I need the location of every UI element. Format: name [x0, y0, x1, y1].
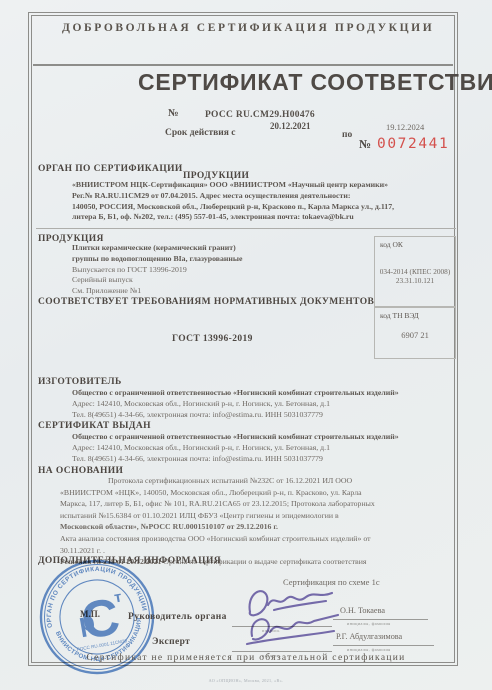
certification-body-line: 140050, РОССИЯ, Московской обл., Люберец… — [72, 202, 394, 213]
header-band-divider — [33, 64, 453, 66]
product-name-line: Плитки керамические (керамический гранит… — [72, 243, 242, 254]
stamp-letter-t: т — [113, 589, 123, 607]
blank-form-number: 0072441 — [377, 136, 449, 152]
section-heading-manufacturer: ИЗГОТОВИТЕЛЬ — [38, 377, 122, 387]
certificate-number-label: № — [168, 108, 179, 119]
certificate-title: СЕРТИФИКАТ СООТВЕТСТВИЯ — [138, 69, 492, 96]
certificate-number: РОСС RU.СМ29.Н00476 — [205, 110, 315, 120]
certification-body-details: «ВНИИСТРОМ НЦК-Сертификация» ООО «ВНИИСТ… — [72, 180, 394, 223]
ok-code-box: код ОК 034-2014 (КПЕС 2008) 23.31.10.121 — [374, 236, 456, 307]
basis-line: Протокола сертификационных испытаний №23… — [60, 475, 375, 487]
issued-to-line: Адрес: 142410, Московская обл., Ногински… — [72, 443, 399, 454]
manufacturer-line: Тел. 8(49651) 4-34-66, электронная почта… — [72, 410, 399, 421]
footer-note: Сертификат не применяется при обязательн… — [0, 653, 492, 663]
certification-body-line: литера Б, Б1, оф. №202, тел.: (495) 557-… — [72, 212, 394, 223]
expert-label: Эксперт — [152, 637, 190, 647]
tnved-code-label: код ТН ВЭД — [375, 308, 455, 320]
basis-line: Московской области», №РОСС RU.0001510107… — [60, 521, 375, 533]
product-detail-line: Выпускается по ГОСТ 13996-2019 — [72, 265, 242, 276]
valid-to-label: по — [342, 130, 352, 140]
expert-name: Р.Г. Абдулгазимова — [336, 632, 402, 641]
expert-signature-line — [232, 651, 332, 652]
issued-to-line: Тел. 8(49651) 4-34-66, электронная почта… — [72, 454, 399, 465]
section-heading-issued-to: СЕРТИФИКАТ ВЫДАН — [38, 421, 151, 431]
manufacturer-details: Общество с ограниченной ответственностью… — [72, 388, 399, 420]
ok-code-value: 034-2014 (КПЕС 2008) — [375, 267, 455, 276]
basis-line: Маркса, 117, литер Б, Б1, офис № 101, RA… — [60, 498, 375, 510]
section-heading-conformity: СООТВЕТСТВУЕТ ТРЕБОВАНИЯМ НОРМАТИВНЫХ ДО… — [38, 297, 374, 307]
section-heading-certification-body: ОРГАН ПО СЕРТИФИКАЦИИ — [38, 164, 183, 174]
basis-line: «ВНИИСТРОМ «НЦК», 140050, Московская обл… — [60, 487, 375, 499]
certification-type-banner: ДОБРОВОЛЬНАЯ СЕРТИФИКАЦИЯ ПРОДУКЦИИ — [62, 22, 434, 34]
expert-name-caption: инициалы, фамилия — [347, 647, 391, 652]
certification-body-line: Рег.№ RA.RU.11СМ29 от 07.04.2015. Адрес … — [72, 191, 394, 202]
horizontal-divider — [36, 228, 456, 229]
head-of-body-label: Руководитель органа — [128, 612, 227, 622]
issued-to-details: Общество с ограниченной ответственностью… — [72, 432, 399, 464]
head-name-caption: инициалы, фамилия — [347, 621, 391, 626]
validity-label: Срок действия с — [165, 128, 235, 138]
print-house-mark: АО «ОПЦИОН», Москва, 2021, «В». — [0, 678, 492, 683]
blank-number-label: № — [359, 137, 371, 152]
ok-code-label: код ОК — [375, 237, 455, 249]
product-details: Плитки керамические (керамический гранит… — [72, 243, 242, 297]
manufacturer-line: Адрес: 142410, Московская обл., Ногински… — [72, 399, 399, 410]
certification-body-line: «ВНИИСТРОМ НЦК-Сертификация» ООО «ВНИИСТ… — [72, 180, 394, 191]
product-detail-line: См. Приложение №1 — [72, 286, 242, 297]
ok-code-value: 23.31.10.121 — [375, 276, 455, 285]
valid-to-date: 19.12.2024 — [386, 122, 424, 132]
issued-to-line: Общество с ограниченной ответственностью… — [72, 432, 399, 443]
expert-name-line — [333, 645, 434, 646]
product-name-line: группы по водопоглощению BIa, глазурован… — [72, 254, 242, 265]
manufacturer-line: Общество с ограниченной ответственностью… — [72, 388, 399, 399]
tnved-code-box: код ТН ВЭД 6907 21 — [374, 307, 456, 359]
basis-line: испытаний №15.6384 от 01.10.2021 ИЛЦ ФБУ… — [60, 510, 375, 522]
standard-reference: ГОСТ 13996-2019 — [172, 334, 253, 344]
certificate-page: ДОБРОВОЛЬНАЯ СЕРТИФИКАЦИЯ ПРОДУКЦИИ СЕРТ… — [0, 0, 492, 690]
tnved-code-value: 6907 21 — [375, 330, 455, 340]
valid-from-date: 20.12.2021 — [270, 121, 311, 131]
product-detail-line: Серийный выпуск — [72, 275, 242, 286]
basis-line: Акта анализа состояния производства ООО … — [60, 533, 375, 545]
